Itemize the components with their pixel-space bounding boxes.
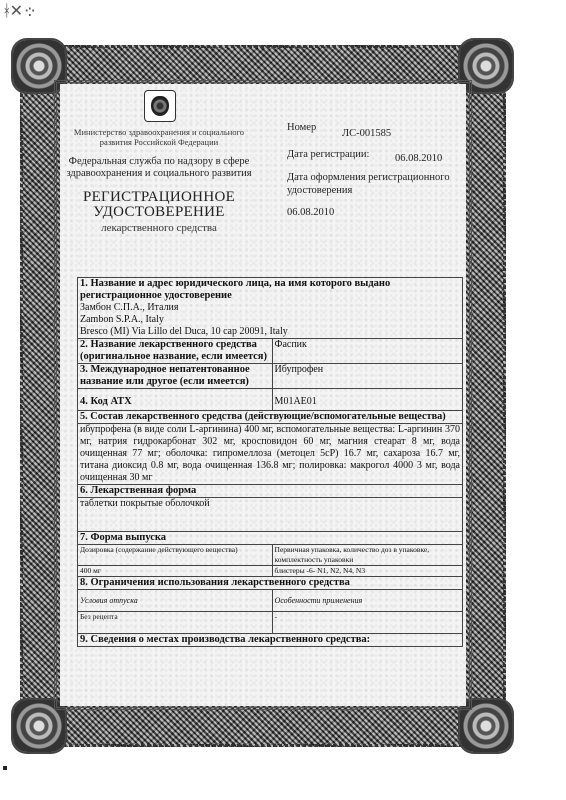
document-title: РЕГИСТРАЦИОННОЕ УДОСТОВЕРЕНИЕ xyxy=(62,190,256,220)
table-row: ибупрофена (в виде соли L-аргинина) 400 … xyxy=(78,424,463,485)
table-row: 5. Состав лекарственного средства (дейст… xyxy=(78,411,463,424)
certificate-table: 1. Название и адрес юридического лица, н… xyxy=(77,277,463,647)
coat-of-arms-icon xyxy=(144,90,176,122)
title-line-2: УДОСТОВЕРЕНИЕ xyxy=(62,205,256,220)
dosage-form-value: таблетки покрытые оболочкой xyxy=(78,498,463,532)
table-row: 9. Сведения о местах производства лекарс… xyxy=(78,634,463,647)
section-5-label: 5. Состав лекарственного средства (дейст… xyxy=(78,411,463,424)
section-2-label: 2. Название лекарственного средства (ори… xyxy=(78,339,273,364)
table-row: Условия отпуска Особенности применения xyxy=(78,590,463,612)
registration-info: Номер ЛС-001585 Дата регистрации: 06.08.… xyxy=(287,122,467,220)
reg-date-value: 06.08.2010 xyxy=(395,153,442,166)
handwritten-mark: ᚼ✕ ·:· xyxy=(2,4,58,34)
table-row: 2. Название лекарственного средства (ори… xyxy=(78,339,463,364)
table-row: 4. Код АТХ M01AE01 xyxy=(78,389,463,411)
issue-date-value: 06.08.2010 xyxy=(287,207,467,220)
dosage-header: Дозировка (содержание действующего вещес… xyxy=(78,545,273,566)
usage-notes-value: - xyxy=(272,612,462,634)
table-row: 400 мг блистеры -6- N1, N2, N4, N3 xyxy=(78,566,463,577)
holder-name-en: Zambon S.P.A., Italy xyxy=(80,314,460,326)
reg-date-label: Дата регистрации: xyxy=(287,149,369,160)
section-1-label: 1. Название и адрес юридического лица, н… xyxy=(80,278,460,302)
reg-date-row: Дата регистрации: 06.08.2010 xyxy=(287,149,467,162)
table-row: 8. Ограничения использования лекарственн… xyxy=(78,577,463,590)
section-6-label: 6. Лекарственная форма xyxy=(78,485,463,498)
number-row: Номер ЛС-001585 xyxy=(287,122,467,135)
number-value: ЛС-001585 xyxy=(342,128,391,141)
section-7-label: 7. Форма выпуска xyxy=(78,532,463,545)
number-label: Номер xyxy=(287,122,316,133)
dispensing-header: Условия отпуска xyxy=(78,590,273,612)
title-line-1: РЕГИСТРАЦИОННОЕ xyxy=(62,190,256,205)
table-row: 7. Форма выпуска xyxy=(78,532,463,545)
table-row: 3. Международное непатентованное названи… xyxy=(78,364,463,389)
holder-address: Bresco (MI) Via Lillo del Duca, 10 cap 2… xyxy=(80,326,460,338)
table-row: 6. Лекарственная форма xyxy=(78,485,463,498)
ministry-name: Министерство здравоохранения и социально… xyxy=(62,128,256,148)
packaging-header: Первичная упаковка, количество доз в упа… xyxy=(272,545,462,566)
table-row: Без рецепта - xyxy=(78,612,463,634)
drug-name-value: Фаспик xyxy=(272,339,462,364)
table-row: 1. Название и адрес юридического лица, н… xyxy=(78,278,463,339)
issuer-block: Министерство здравоохранения и социально… xyxy=(62,128,256,234)
section-4-label: 4. Код АТХ xyxy=(78,389,273,411)
packaging-value: блистеры -6- N1, N2, N4, N3 xyxy=(272,566,462,577)
atc-code-value: M01AE01 xyxy=(272,389,462,411)
dispensing-value: Без рецепта xyxy=(78,612,273,634)
section-8-label: 8. Ограничения использования лекарственн… xyxy=(78,577,463,590)
dosage-value: 400 мг xyxy=(78,566,273,577)
scan-mark xyxy=(3,766,7,770)
usage-notes-header: Особенности применения xyxy=(272,590,462,612)
document-subtitle: лекарственного средства xyxy=(62,222,256,235)
holder-name-ru: Замбон С.П.А., Италия xyxy=(80,302,460,314)
section-3-label: 3. Международное непатентованное названи… xyxy=(78,364,273,389)
inn-value: Ибупрофен xyxy=(272,364,462,389)
service-name: Федеральная служба по надзору в сфере зд… xyxy=(62,156,256,180)
table-row: таблетки покрытые оболочкой xyxy=(78,498,463,532)
issue-date-label: Дата оформления регистрационного удостов… xyxy=(287,172,467,197)
section-9-label: 9. Сведения о местах производства лекарс… xyxy=(78,634,463,647)
table-row: Дозировка (содержание действующего вещес… xyxy=(78,545,463,566)
composition-value: ибупрофена (в виде соли L-аргинина) 400 … xyxy=(78,424,463,485)
